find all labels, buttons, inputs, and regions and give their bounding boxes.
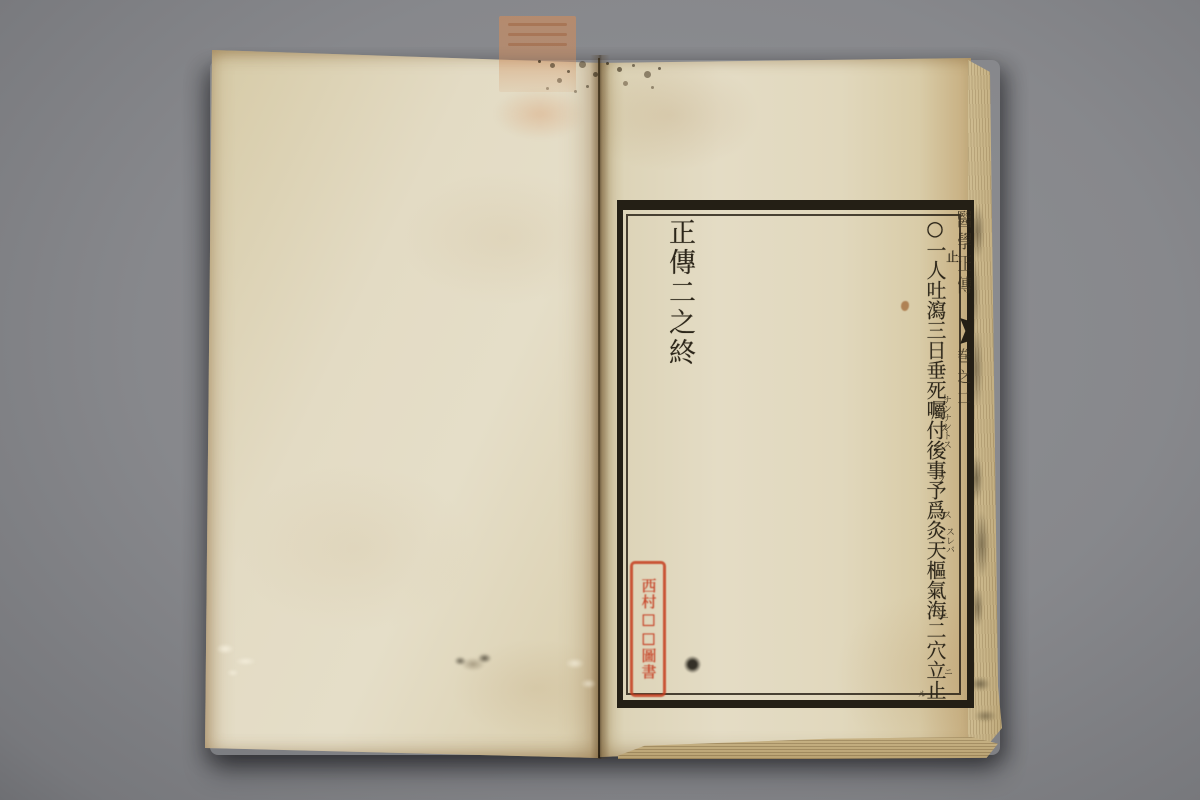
book-photograph: ○一人吐瀉三日垂死囑付後事予爲灸天樞氣海二穴立止 ナンナントス ス ヲ ス スレ… [0, 0, 1200, 800]
kana-annotation: ス [938, 424, 947, 433]
kana-annotation: ス [941, 510, 950, 519]
wormhole-damage [550, 646, 612, 704]
sticker-stain [494, 88, 586, 140]
kana-annotation: ル [916, 689, 925, 698]
volume-end-column: 正傳二之終 [652, 218, 700, 388]
kana-annotation: ニ [942, 667, 951, 676]
sticker-faint-writing [508, 23, 567, 26]
ink-smudge [444, 648, 502, 675]
ownership-seal-text: 西村□□圖書 [641, 578, 656, 680]
kana-annotation: ナンナントス [941, 395, 950, 449]
fold-volume-fragment: 巻之二 [958, 348, 970, 411]
kana-annotation: ニ [938, 611, 947, 620]
fold-title-fragment: 醫學正傳 [958, 210, 971, 298]
main-text-column: ○一人吐瀉三日垂死囑付後事予爲灸天樞氣海二穴立止 [904, 216, 950, 702]
kana-annotation: ヲ [935, 474, 944, 483]
foxing-speckles [538, 60, 541, 63]
kana-annotation: スレバ [944, 527, 953, 554]
wormhole-damage [206, 636, 270, 682]
sticker-faint-writing [508, 43, 567, 46]
ownership-seal: 西村□□圖書 [630, 561, 666, 697]
foxing-speckles [606, 62, 609, 65]
sticker-faint-writing [508, 33, 567, 36]
fold-title-strip: 醫學正傳 巻之二 [958, 202, 971, 722]
label-sticker [499, 16, 576, 92]
